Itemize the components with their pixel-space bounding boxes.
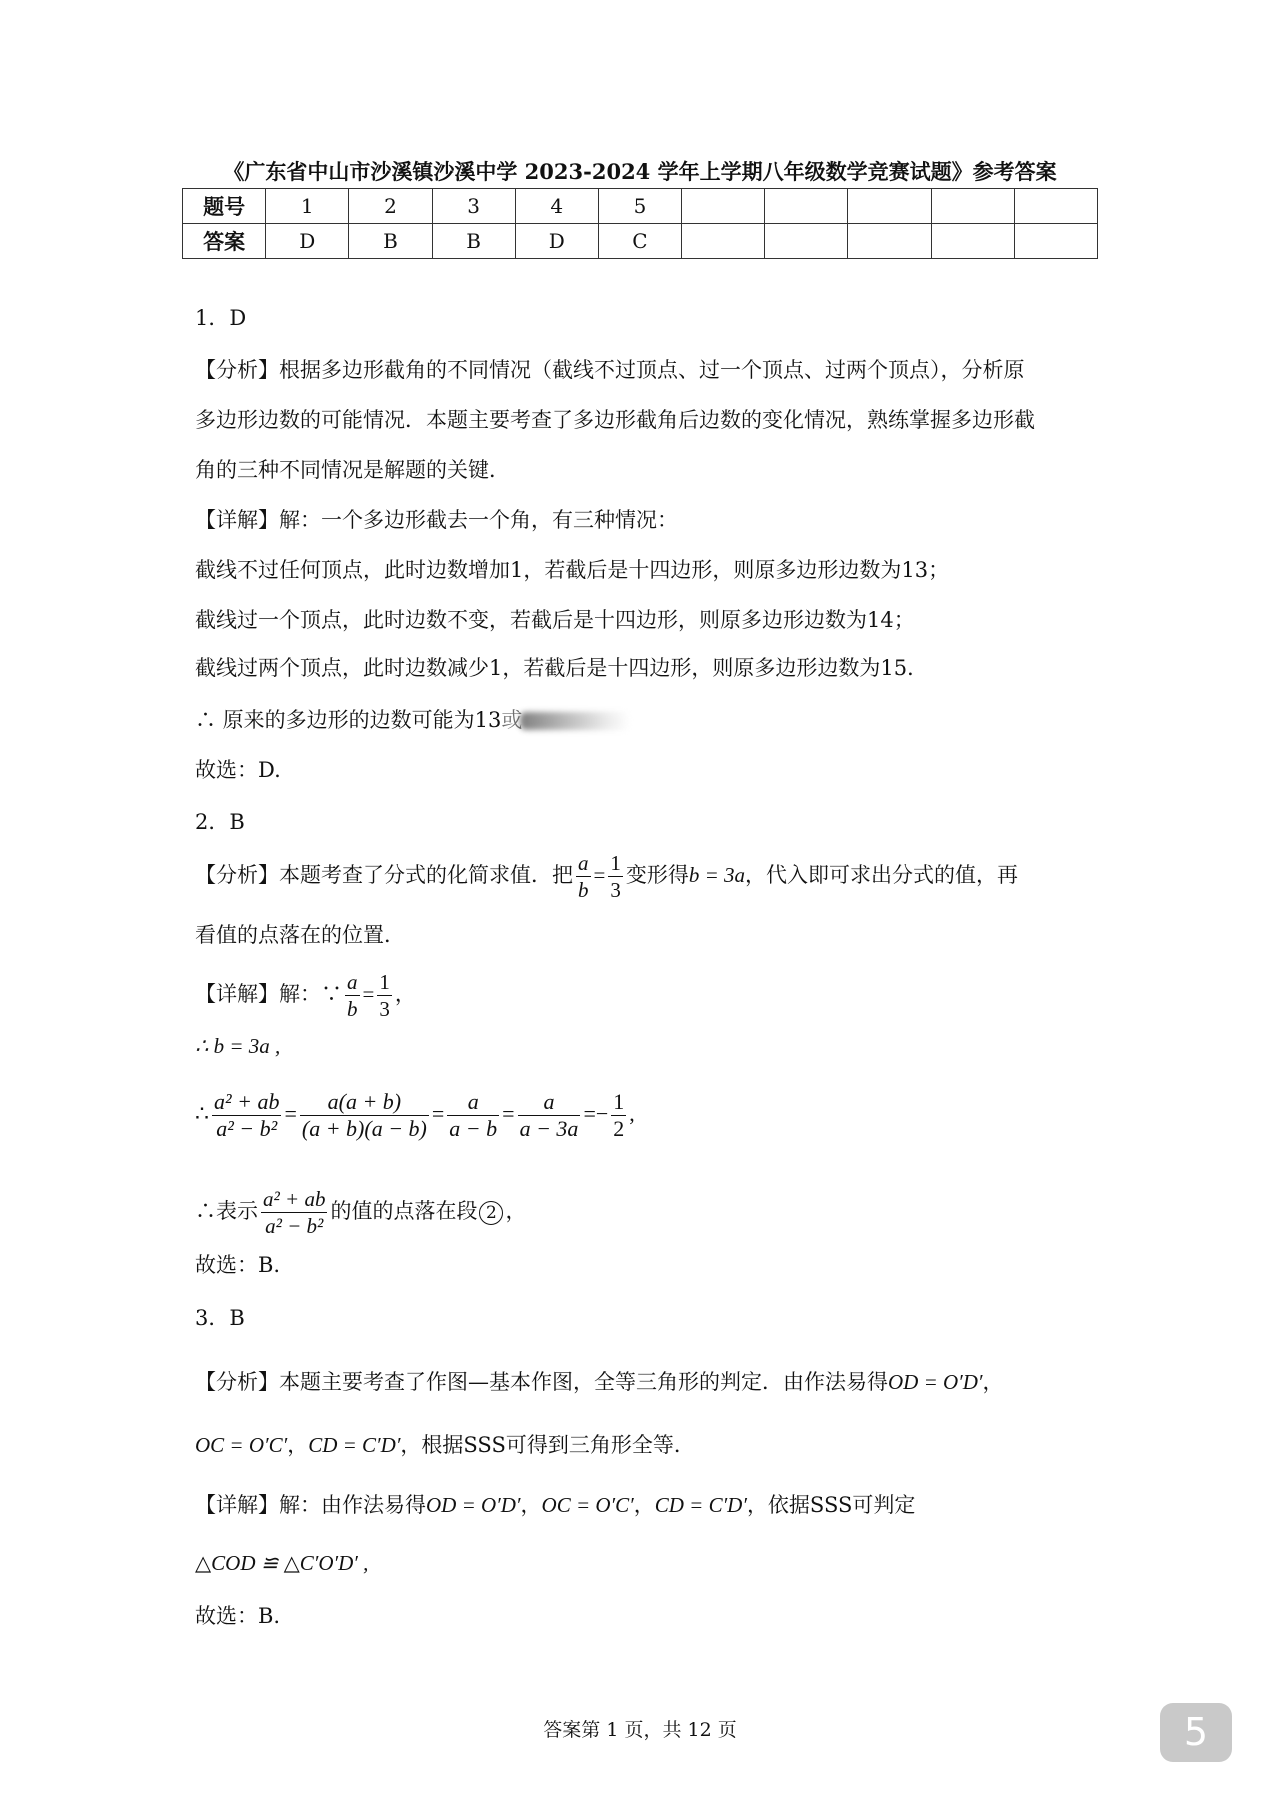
- table-row-answers: 答案 D B B D C: [183, 224, 1098, 259]
- table-cell: 5: [598, 189, 681, 224]
- equation-od: OD = O′D′: [426, 1493, 521, 1517]
- equation-cd: CD = C′D′: [308, 1433, 400, 1457]
- page-footer: 答案第 1 页，共 12 页: [0, 1716, 1280, 1744]
- q2-heading: 2．B: [195, 807, 245, 837]
- equation-od: OD = O′D′: [888, 1370, 983, 1394]
- q3-detail-prefix: 【详解】解：由作法易得: [195, 1493, 426, 1517]
- q1-detail-line: 截线过一个顶点，此时边数不变，若截后是十四边形，则原多边形边数为14；: [195, 605, 915, 635]
- q2-analysis-line2: 看值的点落在的位置．: [195, 920, 405, 950]
- table-cell: [931, 189, 1014, 224]
- equation-oc: OC = O′C′: [195, 1433, 287, 1457]
- table-cell: B: [349, 224, 432, 259]
- q1-analysis-line: 【分析】根据多边形截角的不同情况（截线不过顶点、过一个顶点、过两个顶点），分析原: [195, 355, 1025, 385]
- fraction-1-over-3: 13: [608, 850, 623, 903]
- table-cell: 3: [432, 189, 515, 224]
- document-title: 《广东省中山市沙溪镇沙溪中学 2023-2024 学年上学期八年级数学竞赛试题》…: [0, 157, 1280, 187]
- q1-detail-line: 【详解】解：一个多边形截去一个角，有三种情况：: [195, 505, 678, 535]
- fraction-one-half: 12: [611, 1089, 626, 1142]
- table-header-answer: 答案: [183, 224, 266, 259]
- q3-choice: 故选：B.: [195, 1601, 280, 1631]
- table-cell: [931, 224, 1014, 259]
- q2-choice: 故选：B.: [195, 1250, 280, 1280]
- q2-equation: b = 3a: [689, 863, 745, 887]
- q1-conclusion-text: ∴ 原来的多边形的边数可能为13: [195, 708, 501, 732]
- q1-choice: 故选：D.: [195, 755, 281, 785]
- answer-table: 题号 1 2 3 4 5 答案 D B B D C: [182, 188, 1098, 259]
- table-cell: B: [432, 224, 515, 259]
- q2-analysis-suffix: ，代入即可求出分式的值，再: [745, 863, 1018, 887]
- q1-heading: 1．D: [195, 303, 246, 333]
- table-cell: 2: [349, 189, 432, 224]
- equation-oc: OC = O′C′: [542, 1493, 634, 1517]
- table-cell: [848, 224, 931, 259]
- fraction-a-over-b: ab: [576, 850, 591, 903]
- q3-analysis-text: 【分析】本题主要考查了作图—基本作图，全等三角形的判定．由作法易得: [195, 1370, 888, 1394]
- table-cell: [682, 224, 765, 259]
- q3-analysis-line2: OC = O′C′，CD = C′D′，根据SSS可得到三角形全等．: [195, 1430, 695, 1460]
- q2-detail-prefix: 【详解】解：∵: [195, 982, 342, 1006]
- q2-represent-suffix: 的值的点落在段: [330, 1199, 477, 1223]
- table-cell: 4: [515, 189, 598, 224]
- table-cell: D: [266, 224, 349, 259]
- q1-detail-line: 截线不过任何顶点，此时边数增加1，若截后是十四边形，则原多边形边数为13；: [195, 555, 949, 585]
- q1-analysis-line: 角的三种不同情况是解题的关键．: [195, 455, 510, 485]
- table-cell: [765, 224, 848, 259]
- q1-conclusion: ∴ 原来的多边形的边数可能为13或: [195, 705, 522, 735]
- table-cell: [1014, 224, 1097, 259]
- fraction-a-over-b: ab: [345, 969, 360, 1022]
- q2-detail: 【详解】解：∵ab=13，: [195, 968, 416, 1022]
- q1-analysis-line: 多边形边数的可能情况．本题主要考查了多边形截角后边数的变化情况，熟练掌握多边形截: [195, 405, 1035, 435]
- q3-heading: 3．B: [195, 1303, 245, 1333]
- table-header-number: 题号: [183, 189, 266, 224]
- q3-detail: 【详解】解：由作法易得OD = O′D′，OC = O′C′，CD = C′D′…: [195, 1490, 915, 1520]
- equation-cd: CD = C′D′: [655, 1493, 747, 1517]
- circled-segment-number: 2: [479, 1201, 503, 1225]
- table-cell: [765, 189, 848, 224]
- q2-analysis-mid: 变形得: [626, 863, 689, 887]
- table-row-numbers: 题号 1 2 3 4 5: [183, 189, 1098, 224]
- q2-analysis: 【分析】本题考查了分式的化简求值．把ab=13变形得b = 3a，代入即可求出分…: [195, 849, 1018, 903]
- table-cell: D: [515, 224, 598, 259]
- fraction: aa − 3a: [518, 1089, 581, 1142]
- q3-congruence: △COD ≌ △C′O′D′ ,: [195, 1548, 368, 1578]
- q2-fraction-chain: ∴a² + aba² − b²=a(a + b)(a + b)(a − b)=a…: [195, 1084, 635, 1144]
- q1-detail-line: 截线过两个顶点，此时边数减少1，若截后是十四边形，则原多边形边数为15．: [195, 653, 928, 683]
- table-cell: [1014, 189, 1097, 224]
- fraction-1-over-3: 13: [377, 969, 392, 1022]
- q2-represent-prefix: ∴表示: [195, 1199, 258, 1223]
- table-cell: [848, 189, 931, 224]
- q2-represent: ∴表示a² + aba² − b²的值的点落在段2，: [195, 1183, 526, 1239]
- blurred-region: [520, 712, 630, 730]
- table-cell: [682, 189, 765, 224]
- page-number-badge[interactable]: 5: [1160, 1703, 1232, 1762]
- fraction: aa − b: [447, 1089, 499, 1142]
- q2-analysis-prefix: 【分析】本题考查了分式的化简求值．把: [195, 863, 573, 887]
- q2-therefore-b-eq-3a: ∴ b = 3a ,: [195, 1031, 280, 1061]
- fraction: a² + aba² − b²: [261, 1186, 327, 1239]
- table-cell: C: [598, 224, 681, 259]
- q3-analysis-line1: 【分析】本题主要考查了作图—基本作图，全等三角形的判定．由作法易得OD = O′…: [195, 1367, 1004, 1397]
- fraction: a(a + b)(a + b)(a − b): [300, 1089, 429, 1142]
- fraction: a² + aba² − b²: [212, 1089, 281, 1142]
- q3-analysis-suffix: ，根据SSS可得到三角形全等．: [400, 1433, 694, 1457]
- table-cell: 1: [266, 189, 349, 224]
- q3-detail-suffix: ，依据SSS可判定: [747, 1493, 915, 1517]
